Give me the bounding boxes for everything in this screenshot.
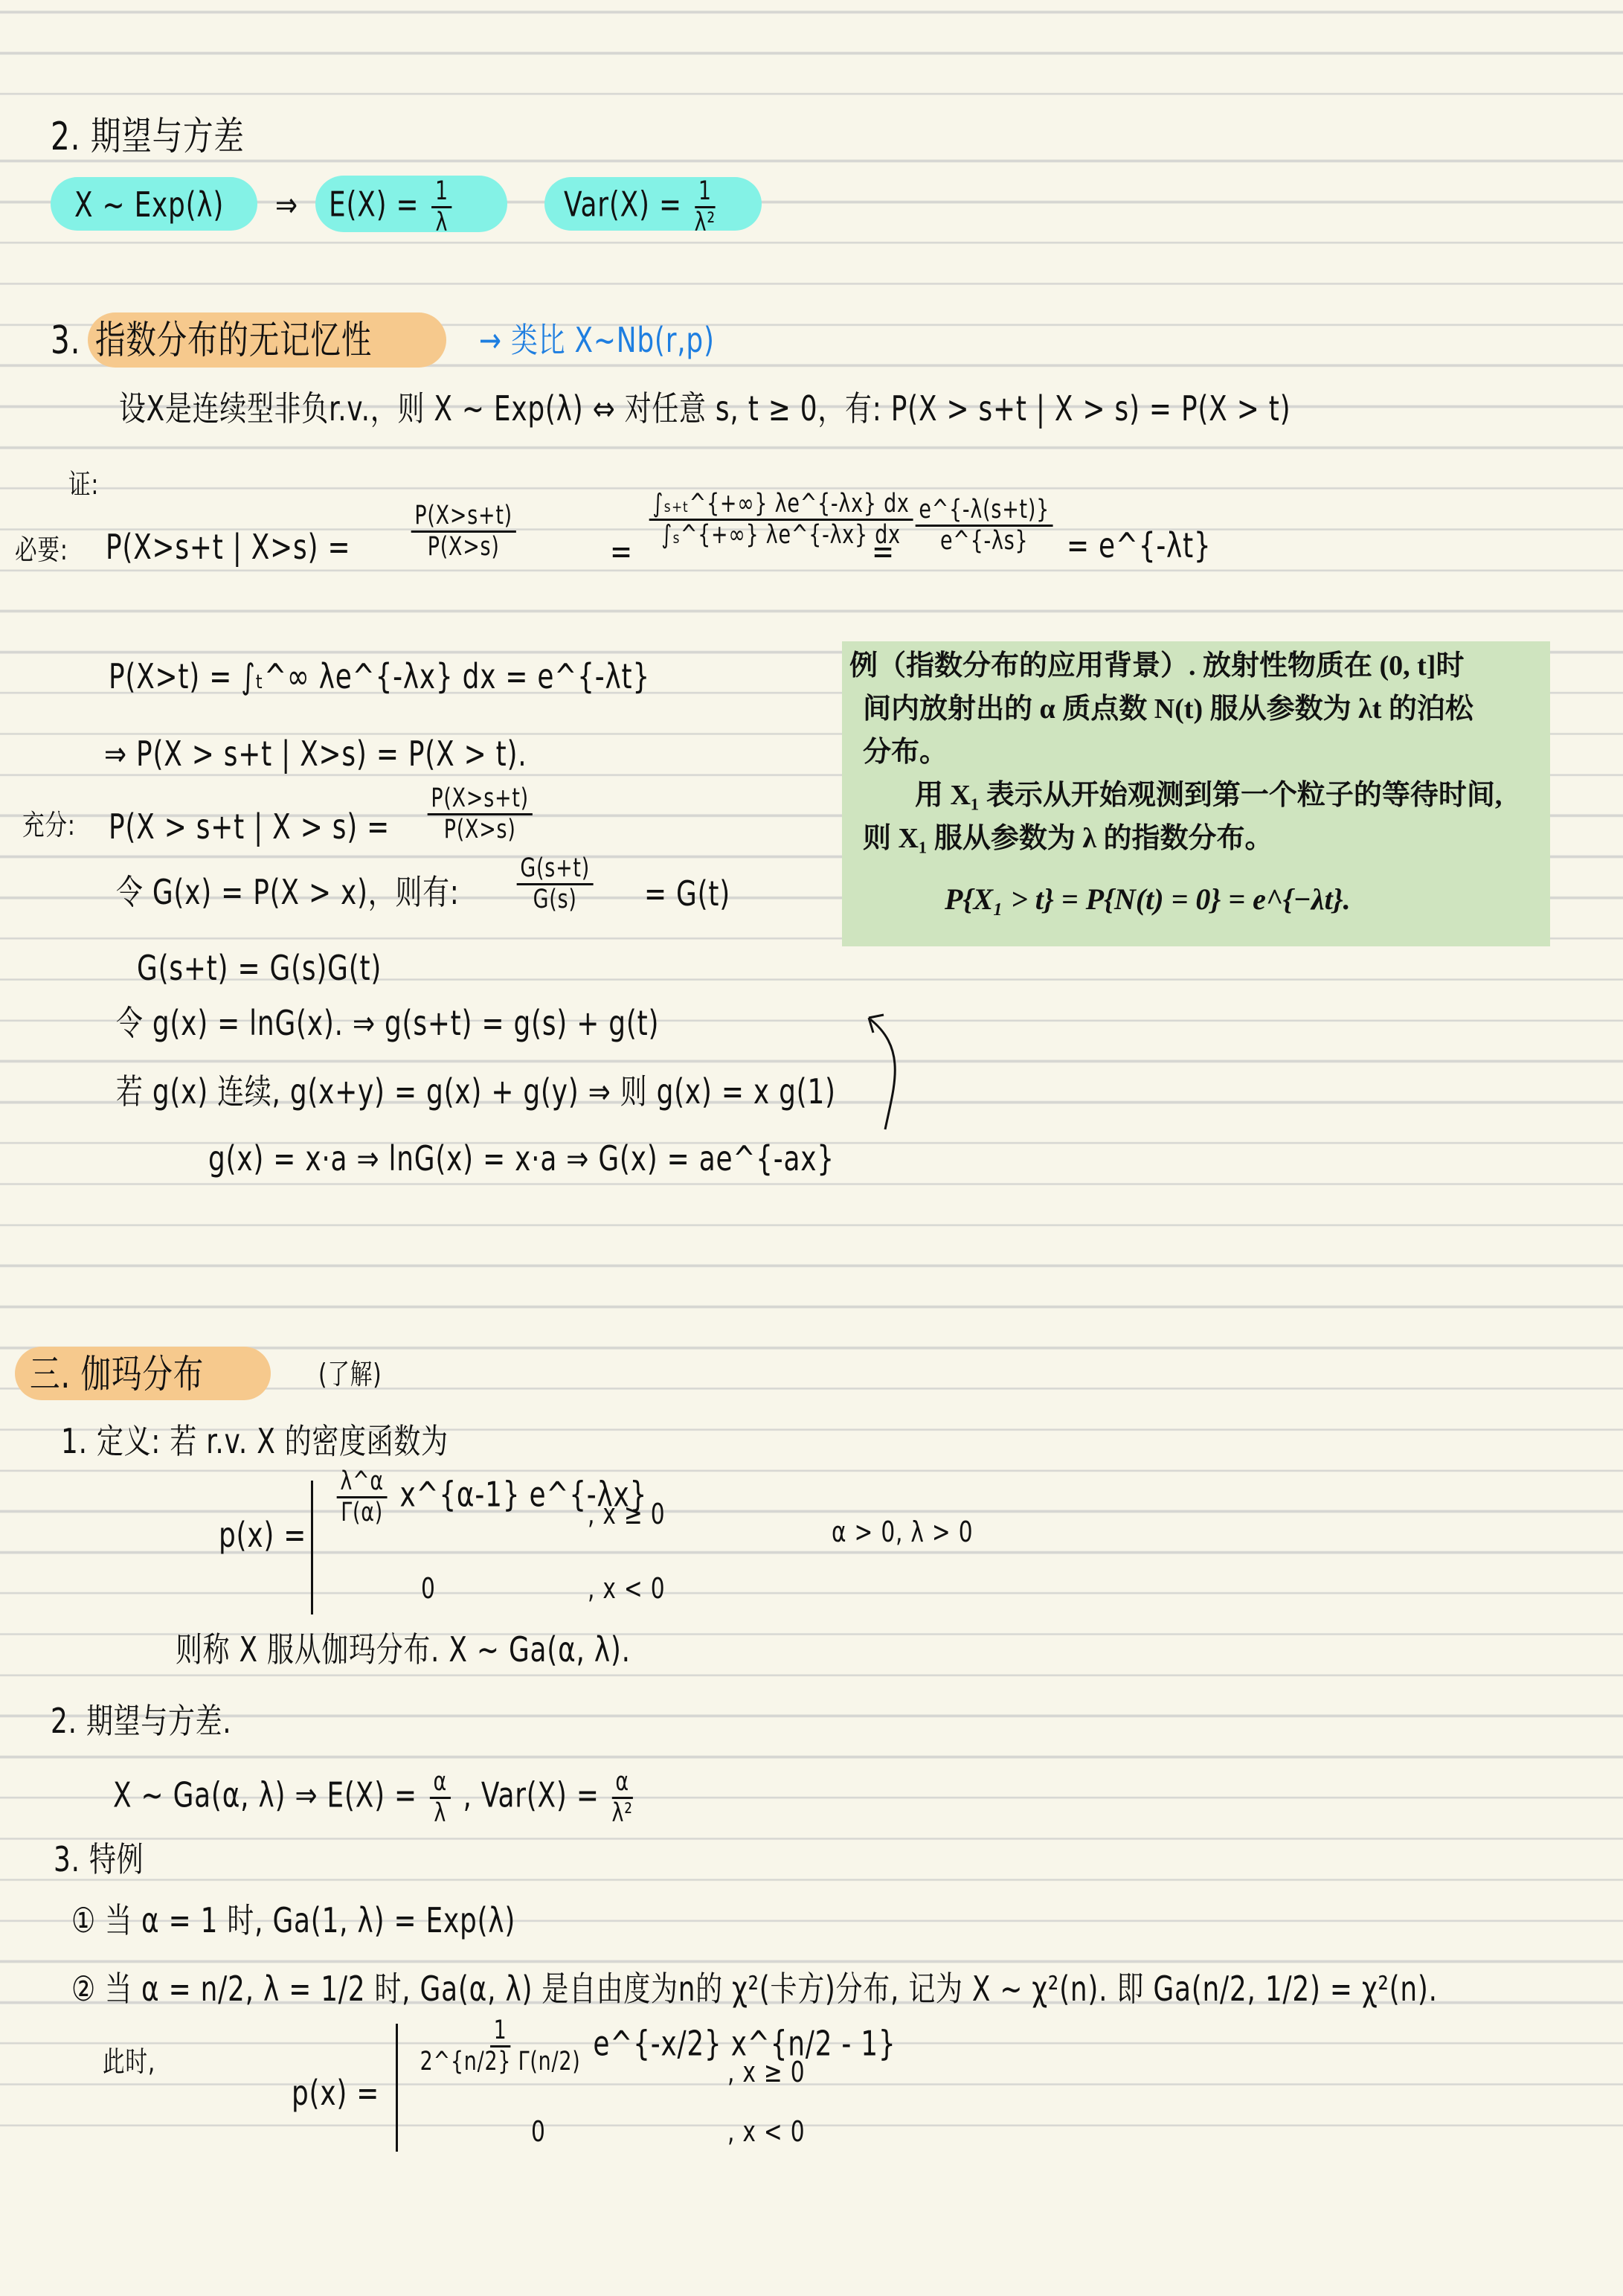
let-G: 令 G(x) = P(X > x)，则有: bbox=[116, 875, 460, 909]
exp-s2-heading: 2. 期望与方差 bbox=[51, 118, 245, 156]
necessity-frac1: P(X>s+t)P(X>s) bbox=[408, 503, 519, 559]
memoryless-statement: 设X是连续型非负r.v.，则 X ~ Exp(λ) ⇔ 对任意 s, t ≥ 0… bbox=[119, 391, 1291, 426]
gamma-s3-heading: 3. 特例 bbox=[54, 1842, 144, 1876]
gamma-params: α > 0, λ > 0 bbox=[832, 1518, 973, 1546]
gamma-pdf-cond1: , x ≥ 0 bbox=[588, 1500, 665, 1528]
gamma-pdf-lhs: p(x) = bbox=[219, 1518, 306, 1552]
necessity-eq2: = bbox=[872, 534, 895, 568]
necessity-conclusion: ⇒ P(X > s+t | X>s) = P(X > t). bbox=[104, 737, 527, 771]
chi-pdf-case2: 0 bbox=[531, 2117, 546, 2146]
gamma-pdf-case2: 0 bbox=[421, 1574, 436, 1603]
necessity-eq1: = bbox=[610, 534, 633, 568]
gamma-special-case-1: ① 当 α = 1 时, Ga(1, λ) = Exp(λ) bbox=[71, 1903, 515, 1937]
exp-variance: Var(X) = 1λ² bbox=[564, 179, 719, 235]
chi-pdf-case1: 12^{n/2} Γ(n/2) e^{-x/2} x^{n/2 - 1} bbox=[417, 2018, 896, 2074]
gamma-special-case-2: ② 当 α = n/2, λ = 1/2 时, Ga(α, λ) 是自由度为n的… bbox=[71, 1972, 1438, 2006]
g-linear: g(x) = x·a ⇒ lnG(x) = x·a ⇒ G(x) = ae^{-… bbox=[208, 1141, 835, 1176]
example-line-3: 分布。 bbox=[849, 731, 1543, 774]
memoryless-number: 3. bbox=[51, 321, 80, 360]
implies-arrow: ⇒ bbox=[275, 187, 298, 222]
example-line-5: 则 X₁ 服从参数为 λ 的指数分布。 bbox=[849, 817, 1543, 860]
necessity-result: = e^{-λt} bbox=[1067, 528, 1212, 562]
memoryless-heading: 指数分布的无记忆性 bbox=[95, 321, 372, 360]
memoryless-note: → 类比 X~Nb(r,p) bbox=[479, 323, 715, 357]
gamma-pdf-brace bbox=[311, 1481, 313, 1614]
exp-def: X ~ Exp(λ) bbox=[74, 187, 224, 222]
gamma-definition: 1. 定义: 若 r.v. X 的密度函数为 bbox=[61, 1424, 449, 1458]
example-line-1: 例（指数分布的应用背景）. 放射性物质在 (0, t]时 bbox=[849, 644, 1543, 687]
necessity-frac3: e^{-λ(s+t)}e^{-λs} bbox=[912, 497, 1056, 554]
at-this-time-label: 此时, bbox=[103, 2048, 155, 2076]
let-G-rhs: = G(t) bbox=[644, 876, 730, 911]
if-continuous: 若 g(x) 连续, g(x+y) = g(x) + g(y) ⇒ 则 g(x)… bbox=[116, 1074, 836, 1109]
sufficiency-lhs: P(X > s+t | X > s) = bbox=[109, 809, 390, 844]
example-box: 例（指数分布的应用背景）. 放射性物质在 (0, t]时 间内放射出的 α 质点… bbox=[842, 641, 1550, 946]
let-G-frac: G(s+t)G(s) bbox=[513, 856, 597, 912]
gamma-moments: X ~ Ga(α, λ) ⇒ E(X) = αλ , Var(X) = αλ² bbox=[113, 1769, 637, 1826]
let-g: 令 g(x) = lnG(x). ⇒ g(s+t) = g(s) + g(t) bbox=[116, 1006, 659, 1040]
example-line-4: 用 X₁ 表示从开始观测到第一个粒子的等待时间, bbox=[849, 774, 1543, 817]
example-formula: P{X₁ > t} = P{N(t) = 0} = e^{−λt}. bbox=[849, 878, 1543, 921]
sufficiency-label: 充分: bbox=[22, 811, 76, 839]
chi-pdf-cond1: , x ≥ 0 bbox=[727, 2058, 805, 2086]
necessity-lhs: P(X>s+t | X>s) = bbox=[106, 530, 350, 564]
gamma-conclusion: 则称 X 服从伽玛分布. X ~ Ga(α, λ). bbox=[176, 1632, 631, 1667]
gamma-s2-heading: 2. 期望与方差. bbox=[51, 1704, 231, 1738]
necessity-label: 必要: bbox=[15, 536, 68, 564]
chi-pdf-cond2: , x < 0 bbox=[727, 2117, 805, 2146]
gamma-heading-note: (了解) bbox=[318, 1360, 382, 1388]
tail-probability: P(X>t) = ∫ₜ^∞ λe^{-λx} dx = e^{-λt} bbox=[109, 659, 650, 693]
example-line-2: 间内放射出的 α 质点数 N(t) 服从参数为 λt 的泊松 bbox=[849, 687, 1543, 731]
exp-expectation: E(X) = 1λ bbox=[329, 179, 455, 235]
chi-pdf-lhs: p(x) = bbox=[292, 2076, 379, 2110]
gamma-pdf-cond2: , x < 0 bbox=[588, 1574, 665, 1603]
curved-arrow-icon bbox=[848, 1004, 937, 1131]
sufficiency-frac: P(X>s+t)P(X>s) bbox=[424, 786, 536, 842]
gamma-heading: 三. 伽玛分布 bbox=[30, 1356, 204, 1394]
chi-pdf-brace bbox=[396, 2024, 398, 2152]
proof-label: 证: bbox=[68, 470, 99, 498]
G-product: G(s+t) = G(s)G(t) bbox=[137, 951, 382, 985]
